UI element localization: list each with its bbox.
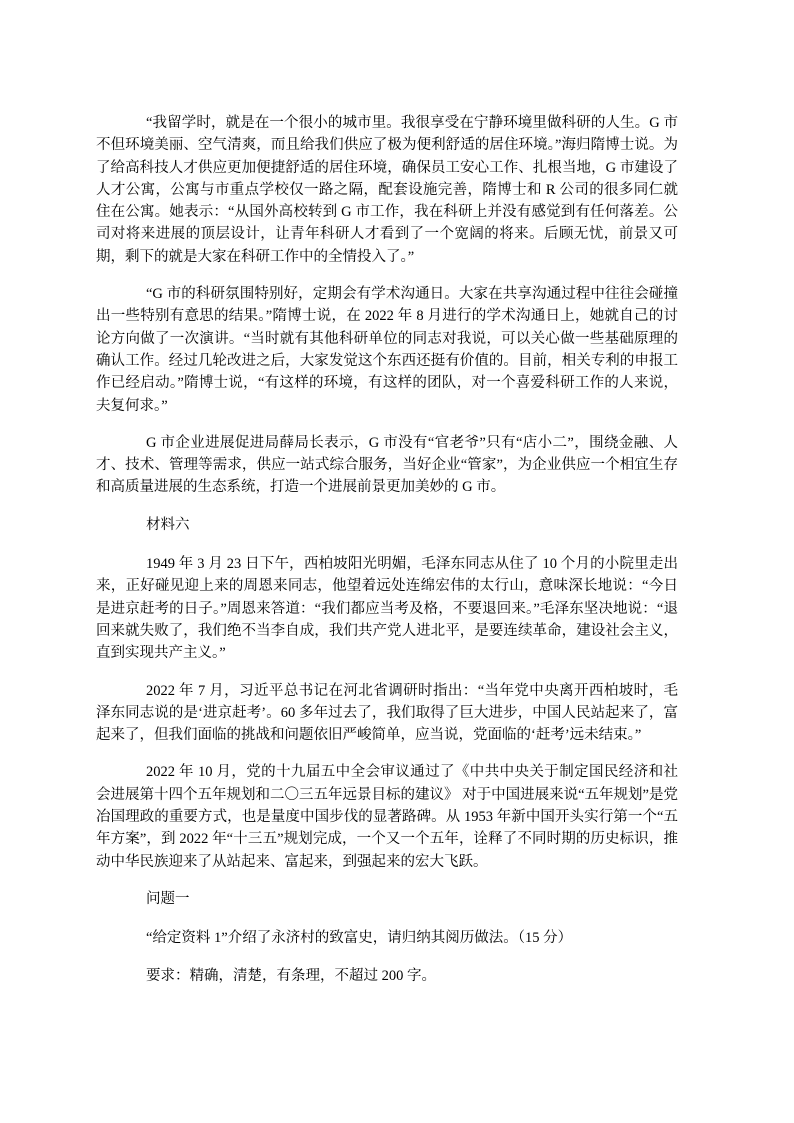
paragraph-question-one-task: “给定资料 1”介绍了永济村的致富史，请归纳其阅历做法。（15 分） [96,927,678,949]
paragraph-xibaipo-1949: 1949 年 3 月 23 日下午，西柏坡阳光明媚，毛泽东同志从住了 10 个月… [96,553,678,664]
paragraph-2022-july-remarks: 2022 年 7 月，习近平总书记在河北省调研时指出：“当年党中央离开西柏坡时，… [96,680,678,747]
paragraph-question-one-requirements: 要求：精确，清楚，有条理，不超过 200 字。 [96,965,678,987]
paragraph-g-city-research-atmosphere: “G 市的科研氛围特别好，定期会有学术沟通日。大家在共享沟通过程中往往会碰撞出一… [96,283,678,417]
document-page: “我留学时，就是在一个很小的城市里。我很享受在宁静环境里做科研的人生。G 市不但… [0,0,794,1123]
heading-question-one: 问题一 [96,888,678,910]
paragraph-g-city-dr-sui-housing: “我留学时，就是在一个很小的城市里。我很享受在宁静环境里做科研的人生。G 市不但… [96,112,678,268]
paragraph-2022-october-plenum: 2022 年 10 月，党的十九届五中全会审议通过了《中共中央关于制定国民经济和… [96,761,678,872]
document-body: “我留学时，就是在一个很小的城市里。我很享受在宁静环境里做科研的人生。G 市不但… [96,112,678,1002]
paragraph-g-city-bureau-chief-xue: G 市企业进展促进局薛局长表示，G 市没有“官老爷”只有“店小二”，围绕金融、人… [96,432,678,499]
heading-material-six: 材料六 [96,514,678,536]
